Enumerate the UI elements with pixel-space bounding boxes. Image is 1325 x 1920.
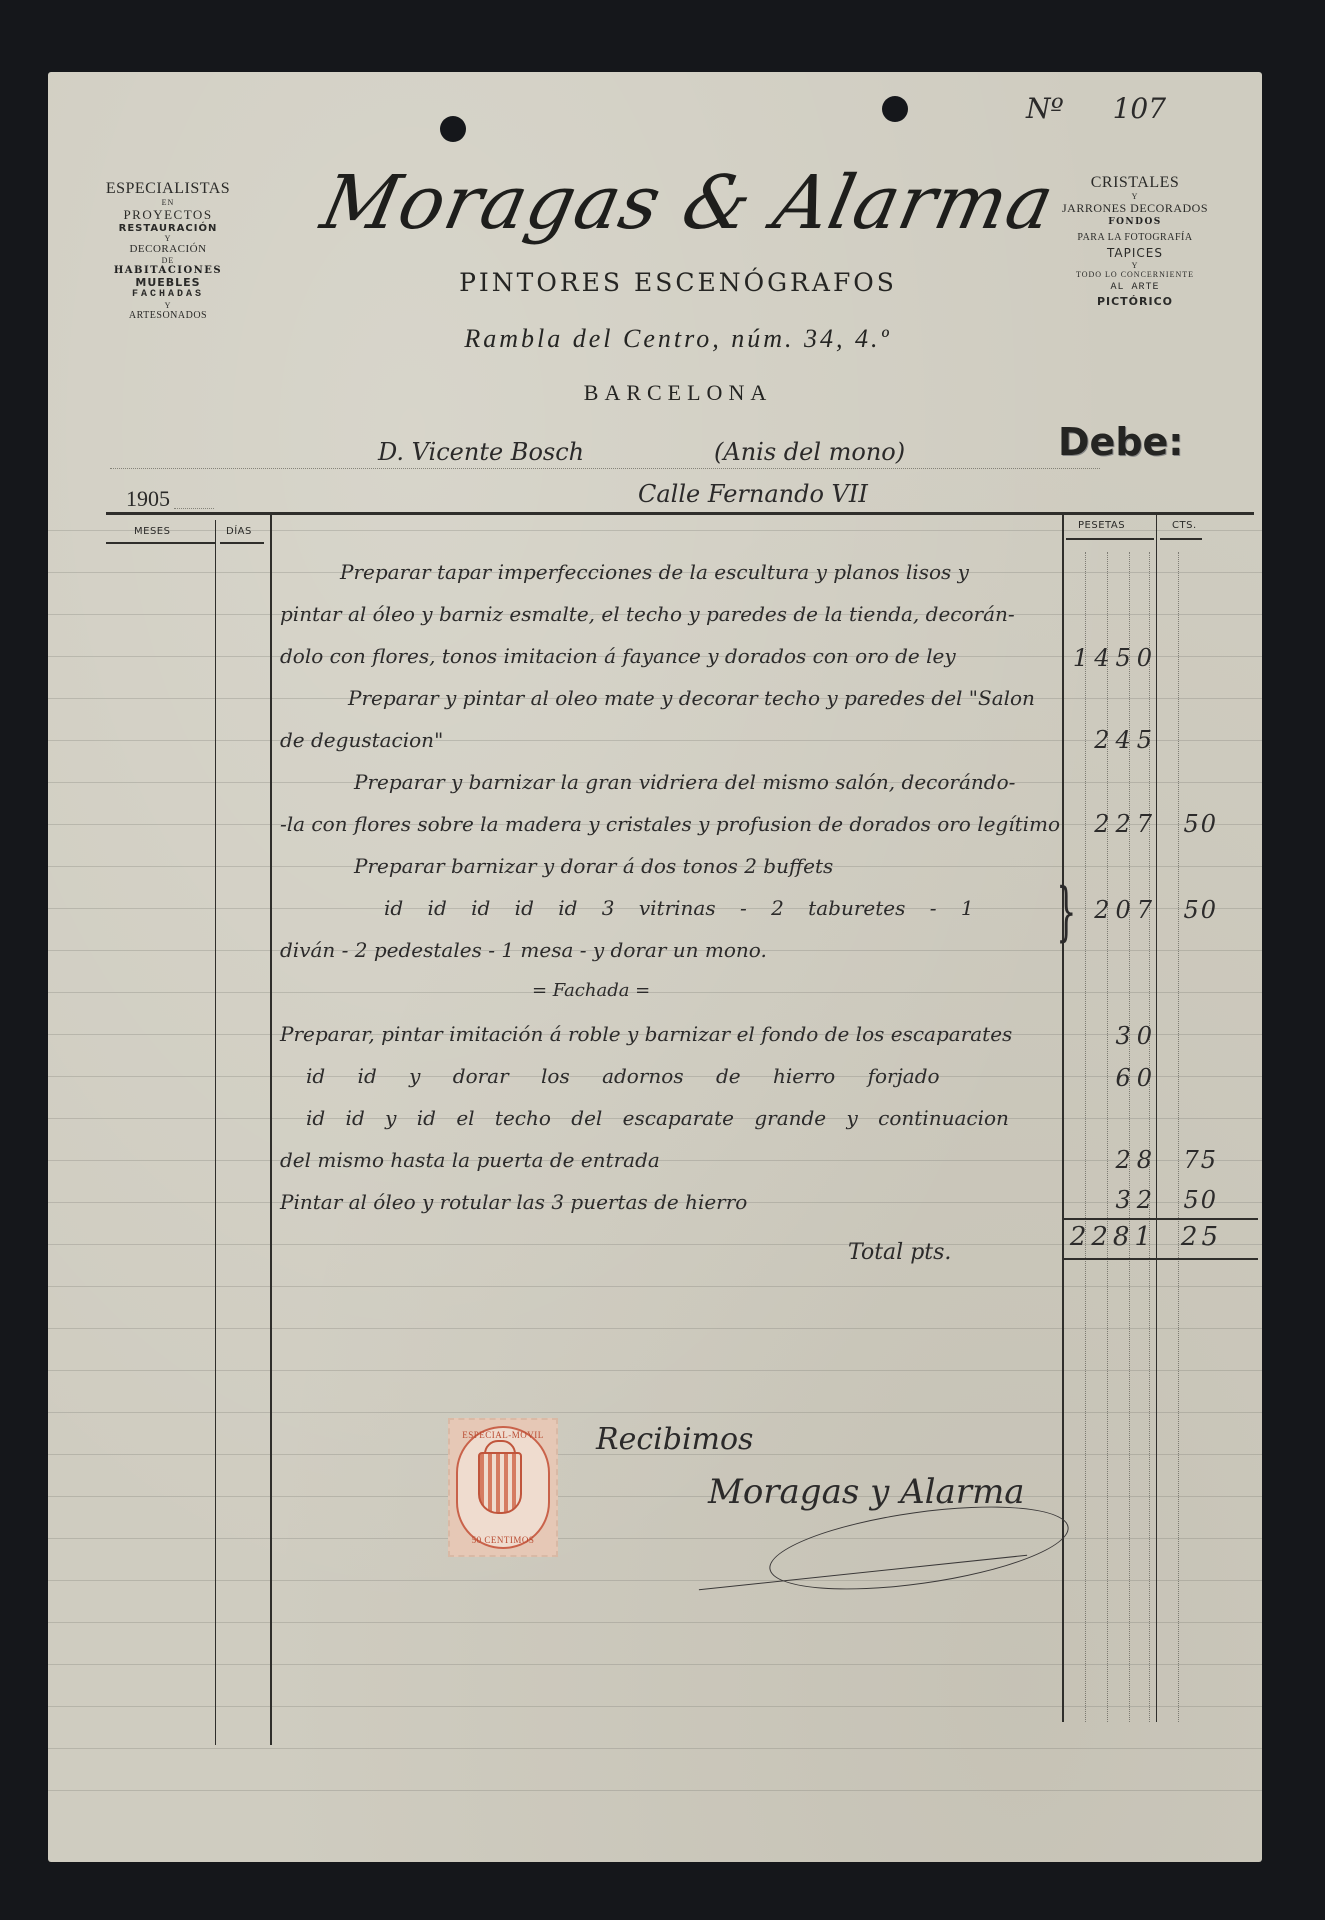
product-line: Y	[1050, 261, 1220, 270]
item-8-pesetas: 32	[1068, 1186, 1158, 1214]
item-3-cents: 50	[1160, 810, 1218, 838]
item-2-pesetas: 245	[1068, 726, 1158, 754]
item-4-pesetas: 207	[1068, 896, 1158, 924]
received-text: Recibimos	[596, 1422, 753, 1457]
total-bottom-rule	[1062, 1258, 1258, 1260]
total-pesetas: 2281	[1064, 1222, 1156, 1252]
product-line: TODO LO CONCERNIENTE	[1050, 270, 1220, 279]
item-2-line-1: Preparar y pintar al oleo mate y decorar…	[348, 686, 1035, 710]
stamp-top-text: ESPECIAL-MOVIL	[450, 1430, 556, 1440]
description-amount-divider	[1062, 512, 1064, 1722]
specialty-line: MUEBLES	[88, 277, 248, 290]
specialty-line: ARTESONADOS	[88, 310, 248, 322]
customer-note: (Anis del mono)	[714, 438, 905, 466]
item-6-pesetas: 60	[1068, 1064, 1158, 1092]
months-days-divider	[215, 520, 216, 1745]
pesetas-cents-divider	[1156, 512, 1157, 1722]
company-address: Rambla del Centro, núm. 34, 4.º	[348, 324, 1008, 354]
column-header-pesetas: PESETAS	[1078, 520, 1125, 531]
specialties-column: ESPECIALISTAS EN PROYECTOS RESTAURACIÓN …	[88, 180, 248, 321]
column-header-cents: CTS.	[1172, 520, 1197, 531]
specialty-line: PROYECTOS	[88, 208, 248, 223]
item-4-line-3: diván - 2 pedestales - 1 mesa - y dorar …	[280, 938, 767, 962]
specialty-line: FACHADAS	[88, 289, 248, 301]
item-8-line-1: Pintar al óleo y rotular las 3 puertas d…	[280, 1190, 747, 1214]
specialty-line: Y	[88, 234, 248, 243]
section-heading-fachada: = Fachada =	[532, 980, 650, 1001]
header-rule	[106, 512, 1254, 515]
item-7-line-2: del mismo hasta la puerta de entrada	[280, 1148, 660, 1172]
total-label: Total pts.	[848, 1240, 951, 1265]
column-header-months: MESES	[134, 526, 170, 537]
coat-of-arms-icon	[478, 1452, 522, 1514]
item-7-cents: 75	[1160, 1146, 1218, 1174]
customer-dotted-line	[110, 468, 1100, 469]
item-7-pesetas: 28	[1068, 1146, 1158, 1174]
punch-hole-left	[440, 116, 466, 142]
specialty-line: RESTAURACIÓN	[88, 223, 248, 235]
column-header-days: DÍAS	[226, 526, 252, 537]
cents-header-underline	[1160, 538, 1202, 540]
item-3-line-1: Preparar y barnizar la gran vidriera del…	[354, 770, 1015, 794]
days-description-divider	[270, 512, 272, 1745]
company-name: Moragas & Alarma	[279, 160, 1097, 246]
year: 1905	[126, 486, 170, 512]
item-8-cents: 50	[1160, 1186, 1218, 1214]
item-4-cents: 50	[1160, 896, 1218, 924]
months-header-underline	[106, 542, 216, 544]
item-1-line-3: dolo con flores, tonos imitacion á fayan…	[280, 644, 956, 668]
item-5-pesetas: 30	[1068, 1022, 1158, 1050]
pesetas-header-underline	[1066, 538, 1154, 540]
product-line: AL ARTE	[1050, 279, 1220, 294]
item-6-line-1: id id y dorar los adornos de hierro forj…	[306, 1064, 940, 1088]
item-4-line-1: Preparar barnizar y dorar á dos tonos 2 …	[354, 854, 833, 878]
days-header-underline	[220, 542, 264, 544]
total-cents: 25	[1160, 1222, 1222, 1252]
company-subtitle: PINTORES ESCENÓGRAFOS	[348, 268, 1008, 297]
cents-guide	[1178, 552, 1179, 1722]
item-3-line-2: -la con flores sobre la madera y cristal…	[280, 812, 1060, 836]
item-5-line-1: Preparar, pintar imitación á roble y bar…	[280, 1022, 1012, 1046]
debe-label: Debe:	[1058, 420, 1184, 464]
number-value: 107	[1113, 92, 1166, 125]
specialty-line: Y	[88, 301, 248, 310]
item-2-line-2: de degustacion"	[280, 728, 443, 752]
product-line: PICTÓRICO	[1050, 294, 1220, 309]
revenue-stamp: ESPECIAL-MOVIL 50 CENTIMOS	[448, 1418, 558, 1557]
number-label: Nº	[1026, 92, 1064, 125]
invoice-paper: Nº 107 ESPECIALISTAS EN PROYECTOS RESTAU…	[48, 72, 1262, 1862]
specialty-line: ESPECIALISTAS	[88, 180, 248, 198]
item-1-line-1: Preparar tapar imperfecciones de la escu…	[340, 560, 969, 584]
item-1-pesetas: 1450	[1068, 644, 1158, 672]
specialty-line: HABITACIONES	[88, 265, 248, 277]
year-dotted-line	[174, 508, 214, 509]
specialty-line: DECORACIÓN	[88, 243, 248, 256]
customer-name: D. Vicente Bosch	[378, 438, 584, 466]
item-4-line-2: id id id id id 3 vitrinas - 2 taburetes …	[384, 896, 974, 920]
item-3-pesetas: 227	[1068, 810, 1158, 838]
specialty-line: DE	[88, 256, 248, 265]
item-7-line-1: id id y id el techo del escaparate grand…	[306, 1106, 1009, 1130]
item-1-line-2: pintar al óleo y barniz esmalte, el tech…	[280, 602, 1015, 626]
stamp-bottom-text: 50 CENTIMOS	[450, 1535, 556, 1545]
customer-address: Calle Fernando VII	[638, 480, 868, 508]
company-city: BARCELONA	[348, 380, 1008, 406]
document-number: Nº 107	[1026, 92, 1166, 125]
total-top-rule	[1062, 1218, 1258, 1220]
punch-hole-right	[882, 96, 908, 122]
